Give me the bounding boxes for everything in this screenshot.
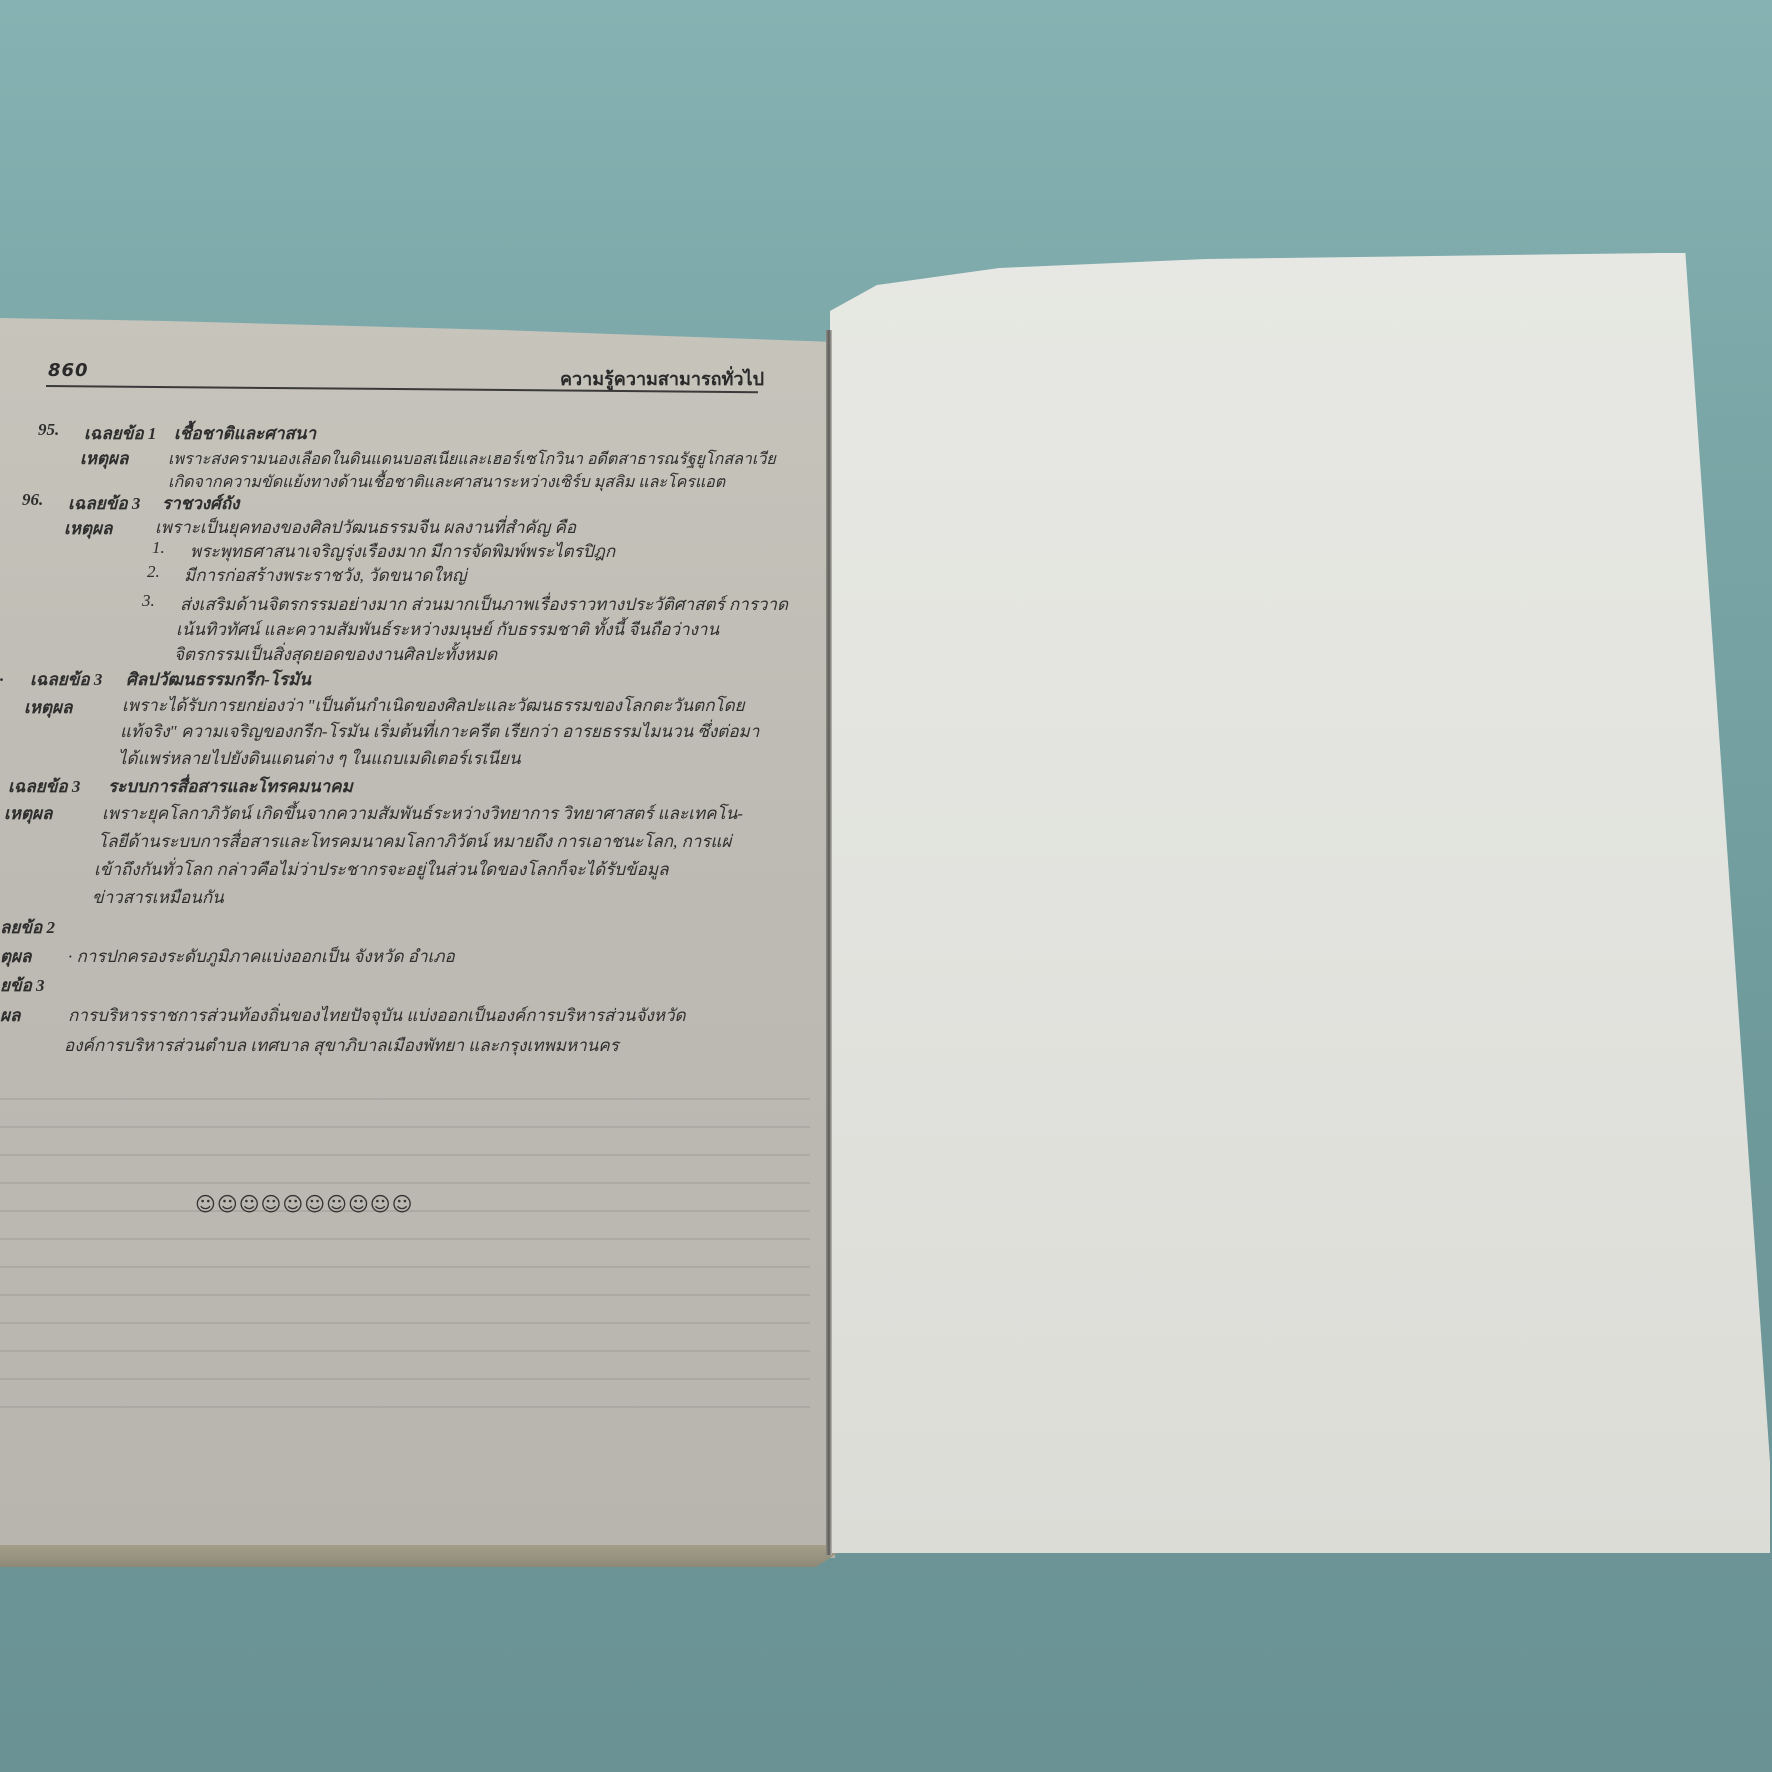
reason-line: · การปกครองระดับภูมิภาคแบ่งออกเป็น จังหว… xyxy=(68,943,455,970)
sub-point-line: จิตรกรรมเป็นสิ่งสุดยอดของงานศิลปะทั้งหมด xyxy=(174,641,497,668)
answer-text: ราชวงศ์ถัง xyxy=(162,490,239,517)
book-gutter xyxy=(826,330,832,1555)
page-block-edge xyxy=(0,1545,850,1567)
page-number: 860 xyxy=(48,360,89,381)
reason-line: องค์การบริหารส่วนตำบล เทศบาล สุขาภิบาลเม… xyxy=(64,1032,619,1059)
item-number: 96. xyxy=(22,490,43,510)
sub-point-number: 1. xyxy=(152,538,165,558)
reason-line: เข้าถึงกันทั่วโลก กล่าวคือไม่ว่าประชากรจ… xyxy=(94,856,669,883)
answer-text: ศิลปวัฒนธรรมกรีก-โรมัน xyxy=(126,666,311,693)
sub-point-line: เน้นทิวทัศน์ และความสัมพันธ์ระหว่างมนุษย… xyxy=(176,616,719,643)
answer-label: เฉลยข้อ 1 xyxy=(84,420,156,447)
sub-point-line: ส่งเสริมด้านจิตรกรรมอย่างมาก ส่วนมากเป็น… xyxy=(180,591,788,618)
sub-point-line: มีการก่อสร้างพระราชวัง, วัดขนาดใหญ่ xyxy=(184,562,466,589)
reason-line: ได้แพร่หลายไปยังดินแดนต่าง ๆ ในแถบเมดิเต… xyxy=(118,745,521,772)
right-page-blank xyxy=(830,253,1770,1553)
reason-line: แท้จริง" ความเจริญของกรีก-โรมัน เริ่มต้น… xyxy=(120,718,759,745)
sub-point-number: 2. xyxy=(147,562,160,582)
reason-label: ตุผล xyxy=(0,943,31,970)
reason-line: เพราะได้รับการยกย่องว่า "เป็นต้นกำเนิดขอ… xyxy=(122,692,745,719)
reason-line: เพราะยุคโลกาภิวัตน์ เกิดขึ้นจากความสัมพั… xyxy=(102,800,743,827)
answer-label: เฉลยข้อ 3 xyxy=(68,490,140,517)
reason-line: เพราะสงครามนองเลือดในดินแดนบอสเนียและเฮอ… xyxy=(168,447,776,472)
item-number: . xyxy=(0,666,4,686)
item-number: 95. xyxy=(38,420,59,440)
show-through-text xyxy=(0,1080,810,1410)
answer-label: ยข้อ 3 xyxy=(0,972,45,999)
answer-label: ลยข้อ 2 xyxy=(0,914,55,941)
sub-point-number: 3. xyxy=(142,591,155,611)
reason-label: เหตุผล xyxy=(64,515,112,542)
answer-text: เชื้อชาติและศาสนา xyxy=(174,420,316,447)
reason-line: โลยีด้านระบบการสื่อสารและโทรคมนาคมโลกาภิ… xyxy=(98,828,731,855)
reason-line: ข่าวสารเหมือนกัน xyxy=(92,884,224,911)
reason-line: เพราะเป็นยุคทองของศิลปวัฒนธรรมจีน ผลงานท… xyxy=(155,514,576,541)
running-head: ความรู้ความสามารถทั่วไป xyxy=(560,364,764,393)
answer-label: เฉลยข้อ 3 xyxy=(8,773,80,800)
reason-label: เหตุผล xyxy=(4,800,52,827)
sub-point-line: พระพุทธศาสนาเจริญรุ่งเรืองมาก มีการจัดพิ… xyxy=(190,538,615,565)
answer-label: เฉลยข้อ 3 xyxy=(30,666,102,693)
reason-line: การบริหารราชการส่วนท้องถิ่นของไทยปัจจุบั… xyxy=(68,1002,686,1029)
reason-label: เหตุผล xyxy=(80,445,128,472)
answer-text: ระบบการสื่อสารและโทรคมนาคม xyxy=(108,773,353,800)
end-marker-smiley-icons: ☺☺☺☺☺☺☺☺☺☺ xyxy=(195,1192,414,1216)
reason-label: เหตุผล xyxy=(24,694,72,721)
reason-line: เกิดจากความขัดแย้งทางด้านเชื้อชาติและศาส… xyxy=(168,470,725,495)
reason-label: ผล xyxy=(0,1002,20,1029)
